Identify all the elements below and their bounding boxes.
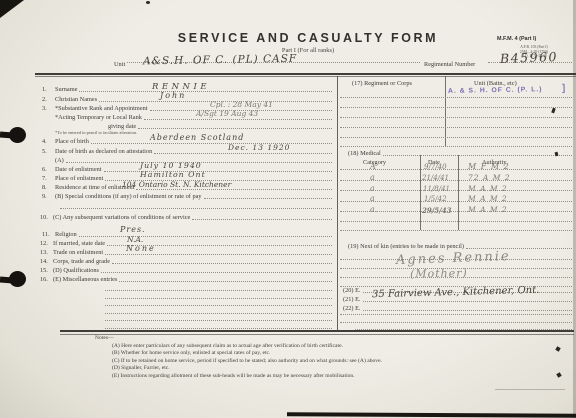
field-row-medical: (18) Medical (348, 148, 572, 157)
header-rule (35, 73, 576, 75)
corner-shadow (0, 0, 24, 18)
main-column-divider (337, 76, 338, 332)
regiment-or-corps-header: (17) Regiment or Corps (352, 80, 412, 87)
unit-value: A&S.H. OF C. (PL) CASF (143, 53, 297, 68)
note-item-d: (D) Signaller, Farrier, etc. (112, 365, 170, 371)
scanned-form-page: { "header": { "title": "SERVICE AND CASU… (0, 0, 576, 418)
field-label: (D) Qualifications (53, 267, 101, 274)
field-number: 3. (42, 105, 55, 112)
field-label: Christian Names (55, 96, 99, 103)
dotted-leader (466, 248, 572, 249)
dotted-leader (105, 254, 332, 255)
unit-stamp: A. & S. H. OF C. (P. L.) (448, 86, 543, 95)
dotted-leader (119, 281, 332, 282)
right-dotted-row (340, 107, 572, 108)
dotted-leader (204, 198, 332, 199)
bottom-edge-streak (287, 412, 576, 418)
field-number: 8. (42, 184, 55, 191)
scan-speck (555, 152, 559, 157)
medical-dotted-row (340, 230, 572, 231)
unit-stamp-bracket: ] (562, 83, 567, 94)
medical-dotted-row (340, 221, 572, 222)
field-row-next-of-kin: (19) Next of kin (entries to be made in … (348, 241, 572, 250)
note-item-a: (A) Here enter particulars of any subseq… (112, 343, 343, 349)
dotted-leader (136, 189, 332, 190)
blank-dotted-line (105, 305, 332, 306)
field-row-e22: (22) E. (343, 303, 572, 312)
dotted-leader (192, 219, 332, 220)
medical-authority-4: M A M 2 (468, 194, 508, 203)
field-label: Date of enlistment (55, 166, 104, 173)
field-number: 10. (40, 214, 53, 221)
trade-value: None (126, 244, 156, 253)
field-label: Trade on enlistment (53, 249, 105, 256)
table-bottom-rule (60, 330, 574, 332)
medical-category-4: a (370, 194, 375, 203)
regimental-number-value: B45960 (500, 49, 558, 66)
field-label: If married, state date (53, 240, 107, 247)
field-number: 7. (42, 175, 55, 182)
table-bottom-rule-thin (60, 334, 574, 335)
dotted-leader (79, 236, 332, 237)
dotted-leader (154, 153, 332, 154)
field-label: (20) E. (343, 287, 363, 294)
dotted-leader (101, 272, 332, 273)
field-number: 1. (42, 86, 55, 93)
medical-date-1: 9/7/40 (424, 163, 447, 171)
field-number: 5. (42, 148, 55, 155)
right-dotted-row (340, 97, 572, 98)
right-dotted-row (355, 329, 572, 330)
note-item-c: (C) If to be retained on home service, p… (112, 358, 382, 364)
blank-dotted-line (105, 298, 332, 299)
field-label: (E) Miscellaneous entries (53, 276, 119, 283)
field-label: giving date (108, 123, 138, 130)
next-of-kin-relation: (Mother) (410, 266, 468, 280)
field-number: 16. (40, 276, 53, 283)
field-number: 2. (42, 96, 55, 103)
dotted-leader (91, 143, 332, 144)
field-label: Date of birth as declared on attestation (55, 148, 154, 155)
dotted-leader (144, 119, 332, 120)
form-title: SERVICE AND CASUALTY FORM (110, 31, 506, 45)
medical-category-5: a. (370, 205, 377, 214)
field-label: *Acting Temporary or Local Rank (55, 114, 144, 121)
note-item-b: (B) Whether for home service only, enlis… (112, 350, 270, 356)
medical-col-divider-2 (458, 155, 459, 230)
christian-names-value: John (160, 91, 186, 100)
field-row-corps-trade-grade: 14. Corps, trade and grade (40, 256, 332, 265)
regimental-number-label: Regimental Number (424, 61, 475, 68)
field-label: (19) Next of kin (entries to be made in … (348, 243, 466, 250)
right-dotted-row (340, 127, 572, 128)
date-of-enlistment-value: July 10 1940 (140, 161, 202, 170)
medical-authority-5: M A M 2 (468, 205, 508, 214)
header-rule-thin (35, 76, 576, 77)
dotted-leader (138, 128, 332, 129)
medical-authority-3: M A M 2 (468, 184, 508, 193)
field-number: 15. (40, 267, 53, 274)
medical-category-1: A (370, 162, 376, 171)
blank-dotted-line (105, 320, 332, 321)
right-dotted-row (340, 146, 572, 147)
scan-speck (146, 1, 150, 4)
dotted-leader (363, 301, 573, 302)
dotted-leader (363, 310, 573, 311)
scan-speck (551, 108, 556, 114)
acting-rank-value: A/Sgt 19 Aug 43 (196, 109, 258, 118)
field-number: 9. (42, 193, 55, 200)
medical-date-4: 1/5/42 (424, 195, 447, 203)
substantive-rank-value: Cpl. : 28 May 41 (210, 100, 273, 109)
blank-dotted-line (105, 290, 332, 291)
unit-label: Unit (114, 61, 125, 68)
field-label: (A) (55, 157, 66, 164)
field-label: Surname (55, 86, 79, 93)
field-label: (22) E. (343, 305, 363, 312)
medical-date-5: 29/5/43 (422, 206, 451, 215)
form-ref-line1: M.F.M. 4 (Part I) (497, 36, 536, 42)
field-label: Place of enlistment (55, 175, 105, 182)
place-of-enlistment-value: Hamilton Ont (140, 170, 206, 179)
dotted-leader (383, 155, 572, 156)
field-label: (C) Any subsequent variations of conditi… (53, 214, 192, 221)
scan-speck (556, 372, 561, 377)
form-subtitle: Part I (For all ranks) (110, 47, 506, 54)
right-dotted-row (340, 137, 572, 138)
blank-dotted-line (105, 328, 332, 329)
field-row-married: 12. If married, state date (40, 238, 332, 247)
field-number: 4. (42, 138, 55, 145)
medical-category-2: a (370, 173, 375, 182)
field-label: (B) Special conditions (if any) of enlis… (55, 193, 204, 200)
field-label: *Substantive Rank and Appointment (55, 105, 150, 112)
next-of-kin-name: Agnes Rennie (396, 249, 511, 268)
field-number: 14. (40, 258, 53, 265)
dotted-leader (104, 171, 332, 172)
date-of-birth-value: Dec. 13 1920 (228, 143, 290, 152)
medical-date-2: 21/4/41 (422, 174, 449, 182)
dotted-leader (112, 263, 332, 264)
field-row-acting-rank: *Acting Temporary or Local Rank (55, 112, 332, 121)
field-label: Place of birth (55, 138, 91, 145)
field-row-qualifications: 15. (D) Qualifications (40, 265, 332, 274)
right-dotted-row (340, 117, 572, 118)
field-row-trade: 13. Trade on enlistment (40, 247, 332, 256)
field-row-substantive-rank: 3. *Substantive Rank and Appointment (42, 103, 332, 112)
field-label: (21) E. (343, 296, 363, 303)
field-label: (18) Medical (348, 150, 383, 157)
blank-dotted-line (60, 208, 332, 209)
place-of-birth-value: Aberdeen Scotland (150, 133, 244, 142)
field-row-variations: 10. (C) Any subsequent variations of con… (40, 212, 332, 221)
faint-scan-line (495, 389, 565, 390)
right-dotted-row (340, 314, 572, 315)
field-label: Corps, trade and grade (53, 258, 112, 265)
field-number: 11. (42, 231, 55, 238)
medical-date-3: 11/8/41 (423, 185, 450, 193)
religion-value: Pres. (120, 225, 146, 234)
field-row-christian-names: 2. Christian Names (42, 94, 332, 103)
blank-dotted-line (105, 313, 332, 314)
medical-col-divider-1 (420, 155, 421, 230)
medical-authority-2: 72 A M 2 (468, 173, 511, 182)
field-row-special-conditions: 9. (B) Special conditions (if any) of en… (42, 191, 332, 200)
field-number: 6. (42, 166, 55, 173)
right-dotted-row (340, 322, 572, 323)
medical-authority-1: M F M 2 (468, 162, 510, 171)
field-row-giving-date: giving date (108, 121, 332, 130)
field-number: 13. (40, 249, 53, 256)
field-number: 12. (40, 240, 53, 247)
field-row-misc-entries: 16. (E) Miscellaneous entries (40, 274, 332, 283)
medical-category-3: a (370, 184, 375, 193)
note-item-e: (E) Instructions regarding allotment of … (112, 373, 355, 379)
pencil-footnote: *To be entered in pencil to facilitate a… (55, 130, 137, 135)
field-label: Religion (55, 231, 79, 238)
scan-speck (555, 346, 560, 351)
notes-heading: Notes— (95, 335, 114, 341)
field-row-religion: 11. Religion (42, 229, 332, 238)
residence-value: 104 Ontario St. N. Kitchener (122, 180, 231, 189)
